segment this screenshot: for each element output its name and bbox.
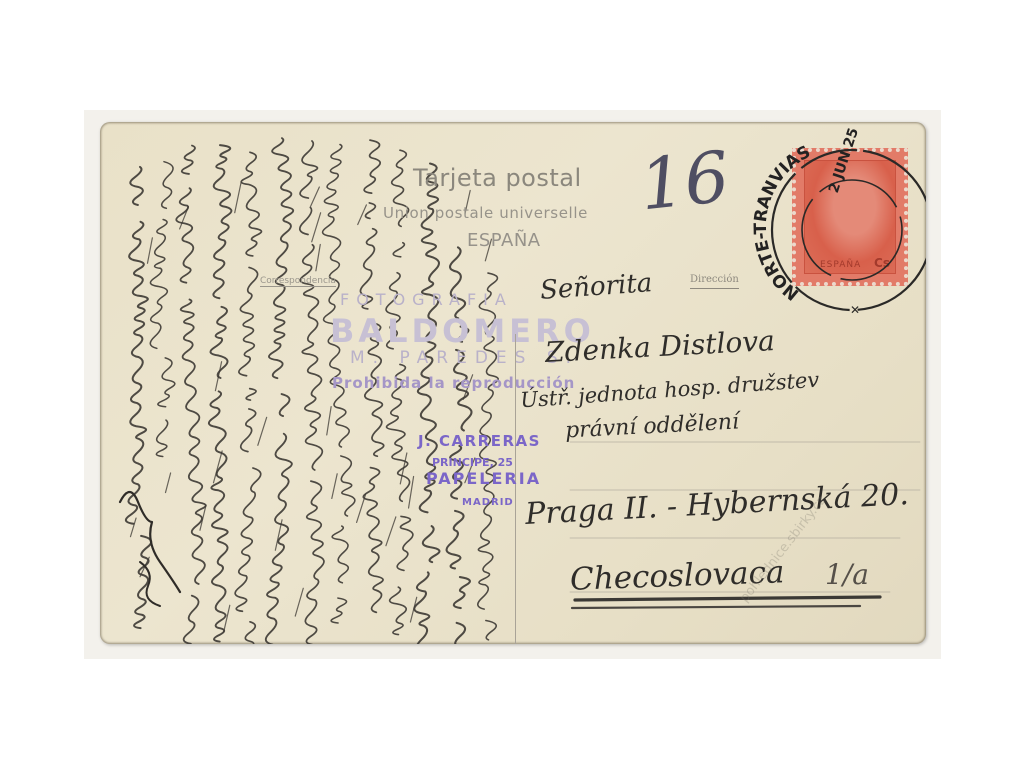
postmark-icon: NORTE-TRANVIAS ✕: [100, 122, 926, 644]
postcard: FOTOGRAFIA BALDOMERO M. PAREDES S. Prohi…: [100, 122, 926, 644]
postmark-cross-icon: ✕: [850, 303, 860, 317]
